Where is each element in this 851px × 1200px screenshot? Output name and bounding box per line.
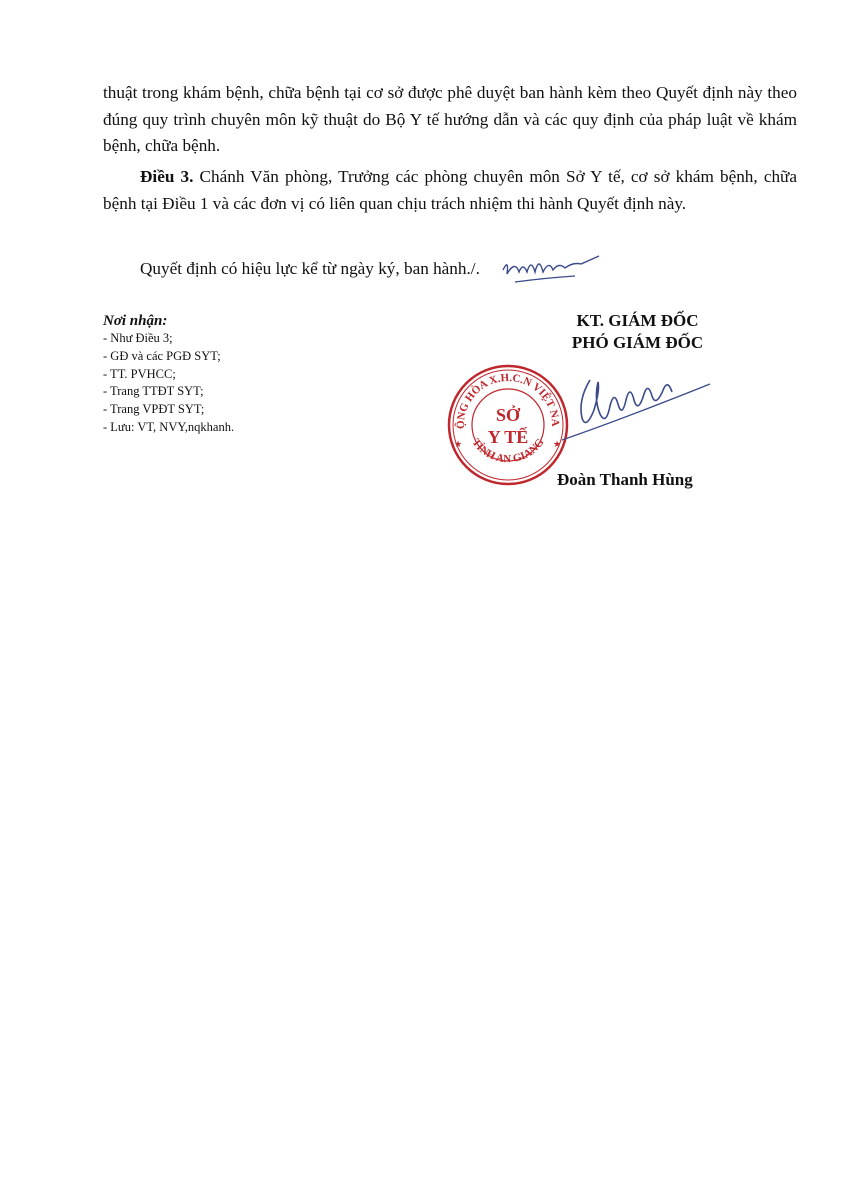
recipient-item: - Lưu: VT, NVY,nqkhanh. [103, 419, 234, 437]
handwritten-signature-icon [560, 370, 720, 450]
recipient-item: - TT. PVHCC; [103, 366, 234, 384]
initial-signature-icon [495, 250, 605, 290]
recipient-item: - GĐ và các PGĐ SYT; [103, 348, 234, 366]
article-3-text: Chánh Văn phòng, Trưởng các phòng chuyên… [103, 167, 797, 213]
recipient-item: - Trang VPĐT SYT; [103, 401, 234, 419]
signature-title: KT. GIÁM ĐỐC PHÓ GIÁM ĐỐC [530, 310, 745, 354]
signature-line-2: PHÓ GIÁM ĐỐC [530, 332, 745, 354]
stamp-center-line-1: SỞ [496, 404, 521, 425]
article-3: Điều 3. Chánh Văn phòng, Trưởng các phòn… [103, 164, 797, 217]
signature-line-1: KT. GIÁM ĐỐC [530, 310, 745, 332]
stamp-center-line-2: Y TẾ [488, 426, 529, 447]
recipient-item: - Trang TTĐT SYT; [103, 383, 234, 401]
svg-text:★: ★ [454, 439, 462, 449]
effective-clause: Quyết định có hiệu lực kể từ ngày ký, ba… [103, 256, 797, 283]
recipients-list: Nơi nhận: - Như Điều 3; - GĐ và các PGĐ … [103, 312, 234, 437]
official-stamp-icon: CỘNG HÒA X.H.C.N VIỆT NAM TỈNH AN GIANG … [446, 363, 570, 487]
article-3-label: Điều 3. [140, 167, 193, 186]
paragraph-continuation: thuật trong khám bệnh, chữa bệnh tại cơ … [103, 80, 797, 160]
recipient-item: - Như Điều 3; [103, 330, 234, 348]
signer-name: Đoàn Thanh Hùng [557, 470, 693, 490]
recipients-heading: Nơi nhận: [103, 312, 234, 330]
